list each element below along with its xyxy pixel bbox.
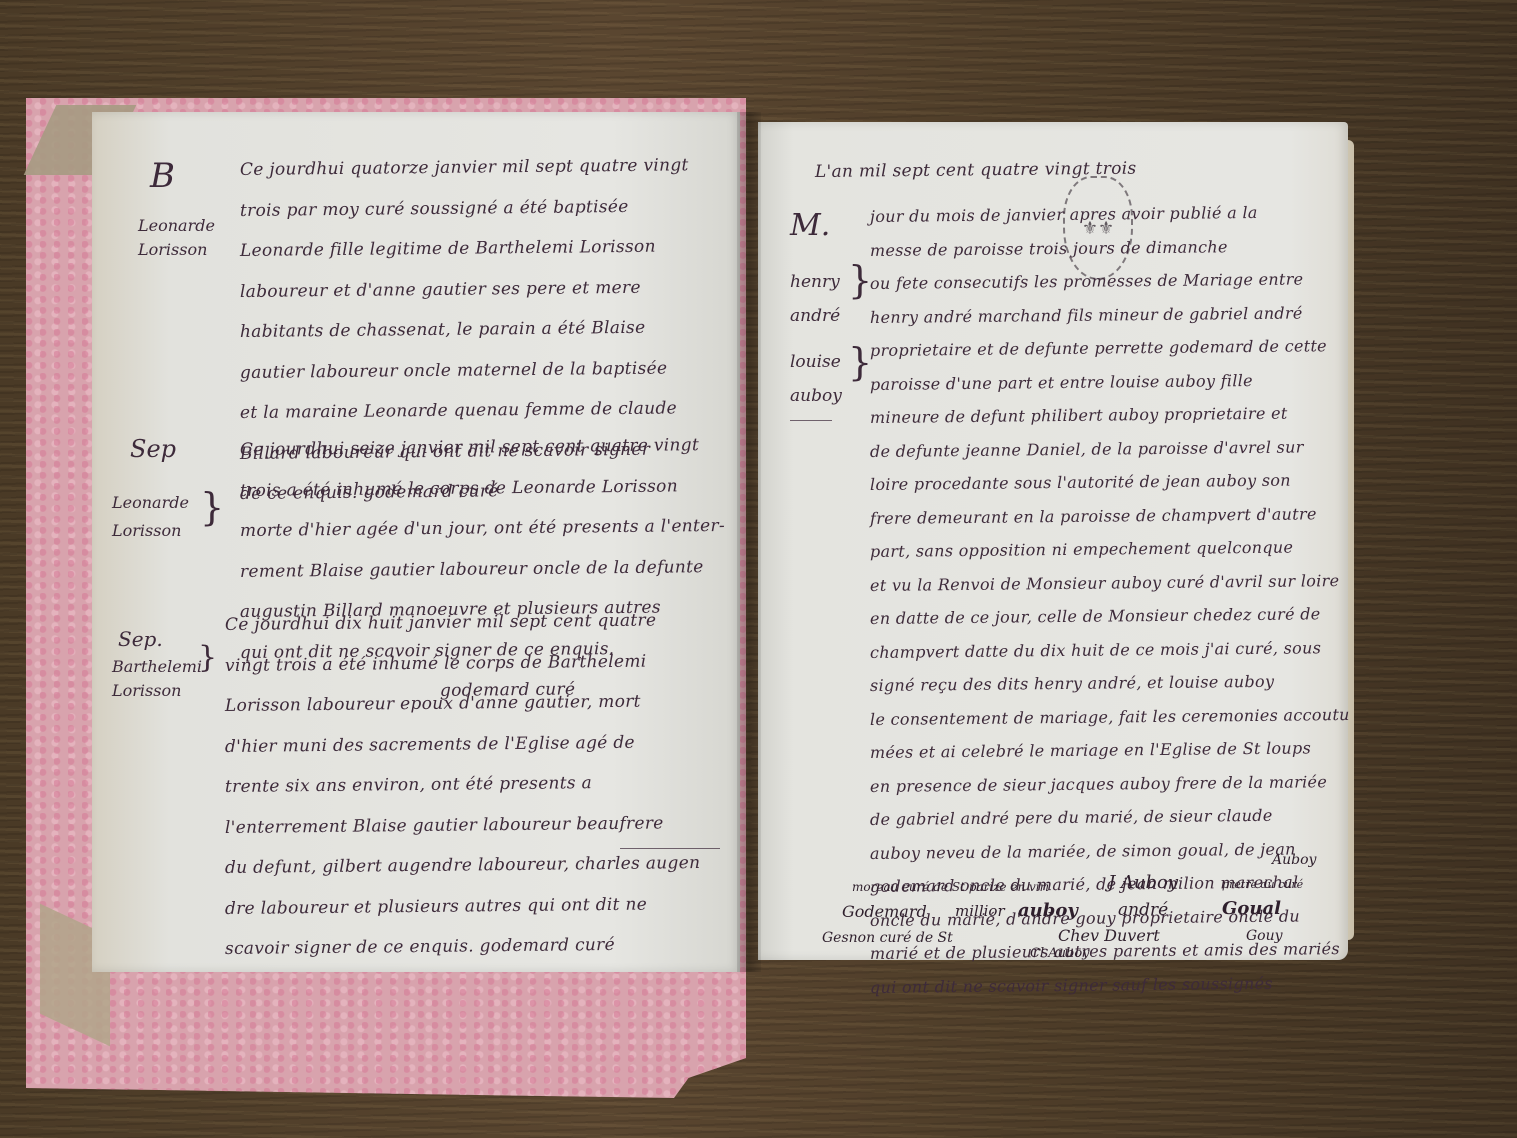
book-gutter bbox=[737, 112, 761, 972]
margin-groom-name: henry andré bbox=[790, 265, 840, 333]
signature: J Auboy bbox=[1108, 872, 1178, 893]
margin-mark: Sep bbox=[130, 438, 176, 460]
signature: pretre du curé bbox=[1222, 878, 1303, 891]
margin-name: Leonarde Lorisson bbox=[112, 492, 189, 542]
margin-mark: B bbox=[150, 165, 175, 187]
signature: Goual bbox=[1222, 898, 1281, 919]
brace: } bbox=[200, 485, 224, 529]
signature: millior bbox=[955, 902, 1005, 920]
margin-mark: Sep. bbox=[118, 628, 163, 650]
signature: Cl Auboy bbox=[1030, 946, 1090, 961]
signature: Gesnon curé de St bbox=[822, 930, 953, 946]
brace: } bbox=[198, 640, 217, 675]
margin-name: Barthelemi Lorisson bbox=[112, 656, 202, 702]
margin-mark: M. bbox=[790, 215, 830, 237]
signature: Godemard bbox=[842, 902, 927, 921]
brace: } bbox=[848, 258, 872, 302]
signature: Chev Duvert bbox=[1058, 926, 1160, 945]
brace: } bbox=[848, 340, 872, 384]
entry-header: L'an mil sept cent quatre vingt trois bbox=[815, 159, 1137, 182]
signature-flourish bbox=[620, 848, 720, 849]
margin-bride-name: louise auboy bbox=[790, 345, 842, 413]
signature: Gouy bbox=[1246, 928, 1283, 944]
margin-name: Leonarde Lorisson bbox=[138, 215, 215, 261]
margin-rule bbox=[790, 420, 832, 421]
signature: andré bbox=[1118, 900, 1168, 920]
signature: moreau curé de St parize en viri bbox=[852, 880, 1049, 894]
signature: Auboy bbox=[1272, 852, 1316, 868]
entry-burial-barthelemi: Ce jourdhui dix huit janvier mil sept ce… bbox=[225, 605, 700, 970]
signature: auboy bbox=[1018, 900, 1078, 921]
